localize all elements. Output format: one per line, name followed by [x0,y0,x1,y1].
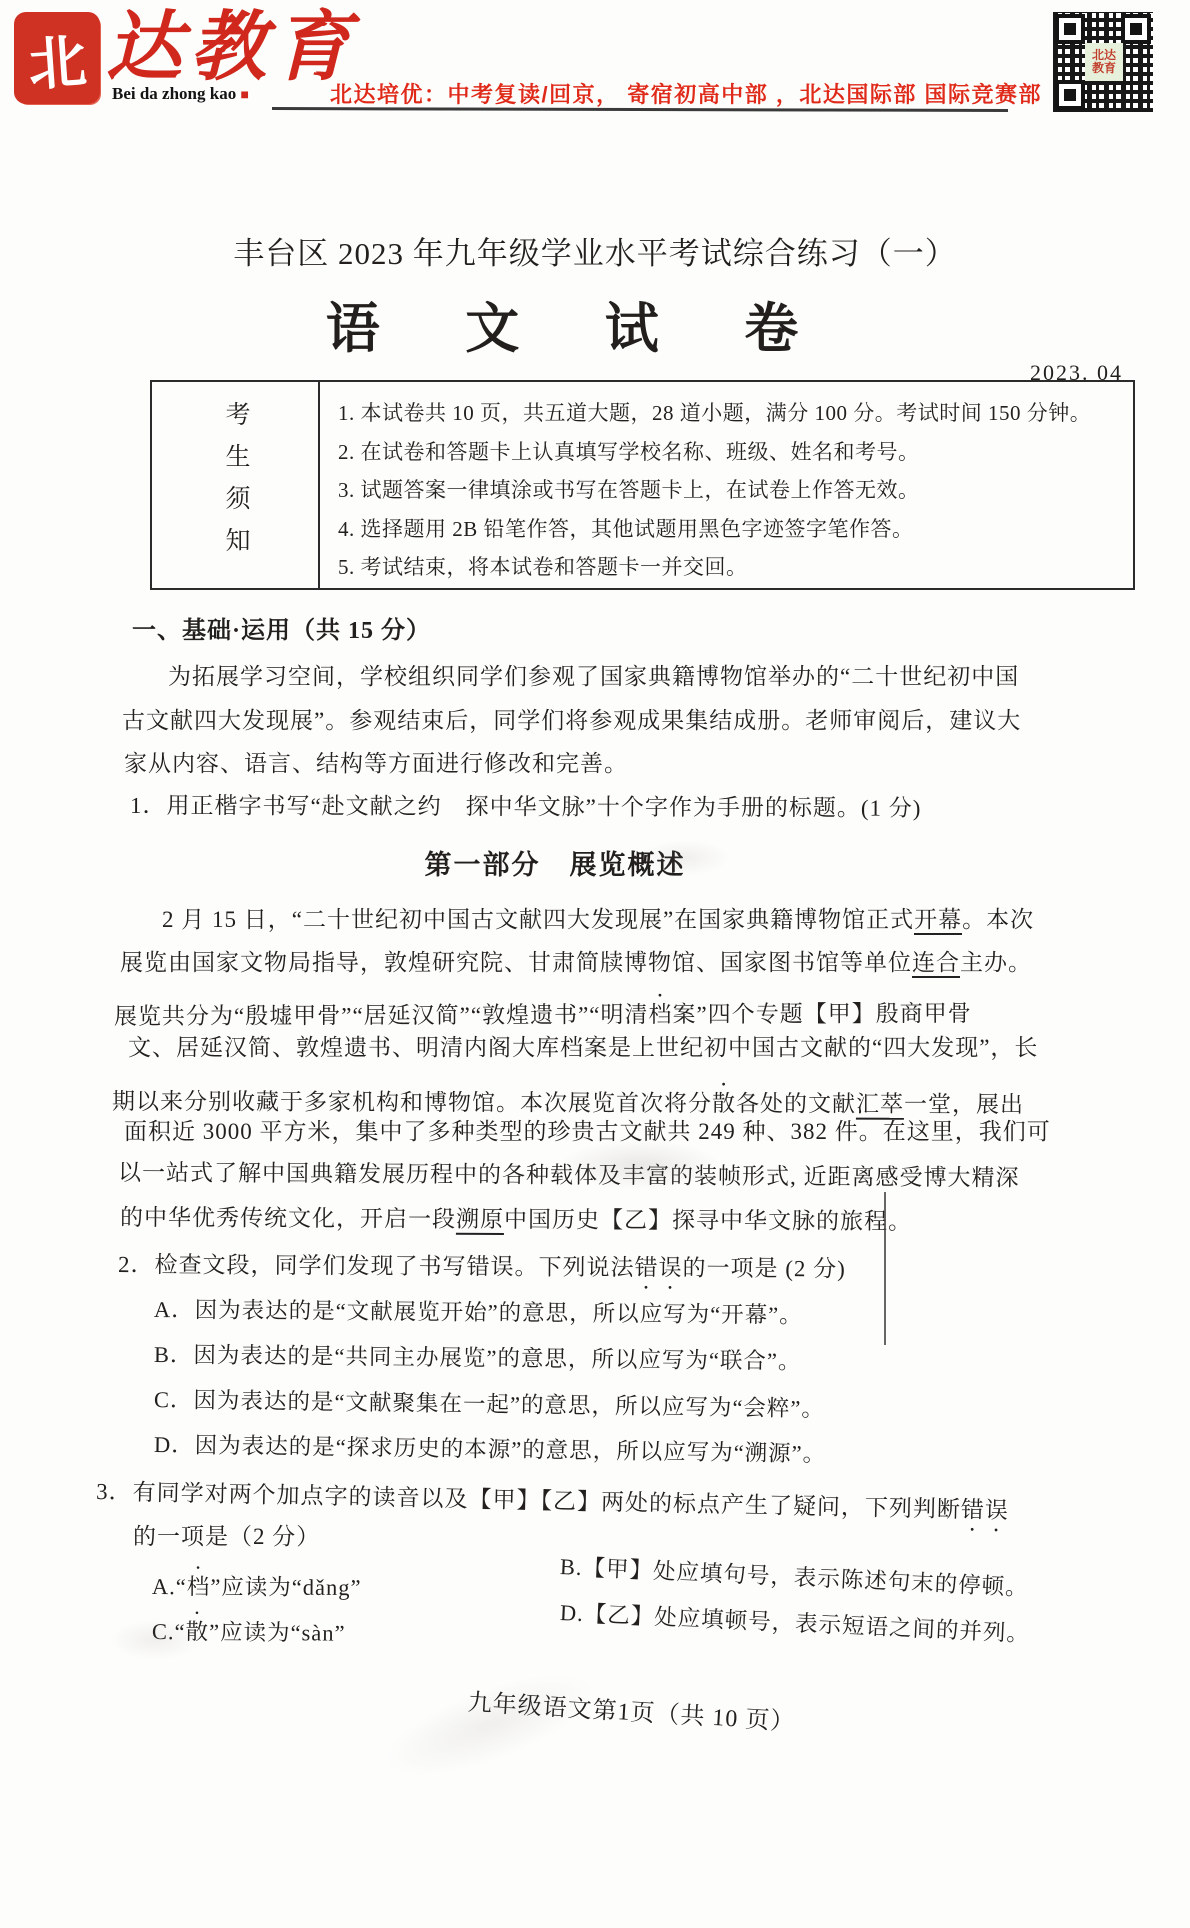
notice-item: 3. 试题答案一律填涂或书写在答题卡上，在试卷上作答无效。 [338,471,1125,510]
notice-item: 2. 在试卷和答题卡上认真填写学校名称、班级、姓名和考号。 [338,433,1125,472]
brand-seal-logo: 北 [16,14,98,102]
brand-name-calligraphy: 达教育 [106,0,358,96]
question-1: 1．用正楷字书写“赴文献之约 探中华文脉”十个字作为手册的标题。(1 分) [130,791,922,824]
qr-center-label: 北达 教育 [1085,43,1123,81]
qr-code: 北达 教育 [1053,12,1153,112]
passage-line: 的中华优秀传统文化，开启一段溯原中国历史【乙】探寻中华文脉的旅程。 [120,1203,912,1237]
passage-line: 展览由国家文物局指导，敦煌研究院、甘肃简牍博物馆、国家图书馆等单位连合主办。 [120,948,1032,978]
notice-side-label: 考生须知 [217,401,253,569]
brand-caption: Bei da zhong kao ■ [112,84,249,104]
candidate-notice-box: 考生须知 1. 本试卷共 10 页，共五道大题，28 道小题，满分 100 分。… [150,380,1135,590]
notice-body: 1. 本试卷共 10 页，共五道大题，28 道小题，满分 100 分。考试时间 … [320,382,1133,588]
notice-item: 4. 选择题用 2B 铅笔作答，其他试题用黑色字迹签字笔作答。 [338,510,1125,549]
passage-line: 2 月 15 日，“二十世纪初中国古文献四大发现展”在国家典籍博物馆正式开幕。本… [162,905,1034,935]
passage-line: 文、居延汉简、敦煌遗书、明清内阁大库档案是上世纪初中国古文献的“四大发现”，长 [128,1033,1038,1063]
question-2-stem: 2．检查文段，同学们发现了书写错误。下列说法错误的一项是 (2 分) [118,1250,846,1295]
brand-caption-text: Bei da zhong kao [112,84,236,103]
intro-line: 为拓展学习空间，学校组织同学们参观了国家典籍博物馆举办的“二十世纪初中国 [168,662,1019,692]
notice-side-cell: 考生须知 [152,382,320,588]
exam-title: 丰台区 2023 年九年级学业水平考试综合练习（一） [0,228,1190,273]
paper-title: 语 文 试 卷 [0,286,1160,363]
red-square-icon: ■ [240,88,248,103]
qr-finder-icon [1055,80,1085,110]
passage-line: 以一站式了解中国典籍发展历程中的各种载体及丰富的装帧形式, 近距离感受博大精深 [118,1158,1020,1193]
question-3-option: D.【乙】处应填顿号，表示短语之间的并列。 [559,1598,1030,1649]
scanned-exam-page: 北 达教育 Bei da zhong kao ■ 北达培优：中考复读/回京， 寄… [0,0,1190,1928]
header-tagline: 北达培优：中考复读/回京， 寄宿初高中部 ，北达国际部 国际竞赛部 [330,78,1042,109]
intro-line: 家从内容、语言、结构等方面进行修改和完善。 [124,749,628,779]
question-2-option: D．因为表达的是“探求历史的本源”的意思，所以应写为“溯源”。 [154,1430,827,1469]
scan-smudge [375,1654,606,1795]
section-heading: 一、基础·运用（共 15 分） [132,616,431,647]
question-3-stem: 的一项是（2 分） [133,1522,320,1552]
part-heading: 第一部分 展览概述 [0,848,1110,883]
qr-finder-icon [1121,14,1151,44]
seal-character: 北 [25,14,89,102]
question-2-option: C．因为表达的是“文献聚集在一起”的意思，所以应写为“会粹”。 [154,1385,825,1424]
passage-line: 展览共分为“殷墟甲骨”“居延汉简”“敦煌遗书”“明清档案”四个专题【甲】殷商甲骨 [114,987,972,1032]
notice-item: 5. 考试结束，将本试卷和答题卡一并交回。 [338,548,1125,587]
question-3-option: B.【甲】处应填句号，表示陈述句末的停顿。 [559,1552,1029,1603]
passage-line: 面积近 3000 平方米，集中了多种类型的珍贵古文献共 249 种、382 件。… [124,1117,1051,1147]
scan-crease-line [884,1192,886,1345]
intro-line: 古文献四大发现展”。参观结束后，同学们将参观成果集结成册。老师审阅后，建议大 [122,706,1021,736]
question-3-option: A.“档”应读为“dǎng” [152,1562,362,1602]
page-footer: 九年级语文第1页（共 10 页） [467,1682,797,1737]
question-2-option: B．因为表达的是“共同主办展览”的意思，所以应写为“联合”。 [154,1340,802,1376]
qr-finder-icon [1055,14,1085,44]
passage-line: 期以来分别收藏于多家机构和博物馆。本次展览首次将分散各处的文献汇萃一堂，展出 [112,1075,1024,1120]
header-divider [272,107,1008,112]
question-2-option: A．因为表达的是“文献展览开始”的意思，所以应写为“开幕”。 [154,1295,803,1330]
question-3-option: C.“散”应读为“sàn” [152,1607,346,1648]
notice-item: 1. 本试卷共 10 页，共五道大题，28 道小题，满分 100 分。考试时间 … [338,394,1125,433]
